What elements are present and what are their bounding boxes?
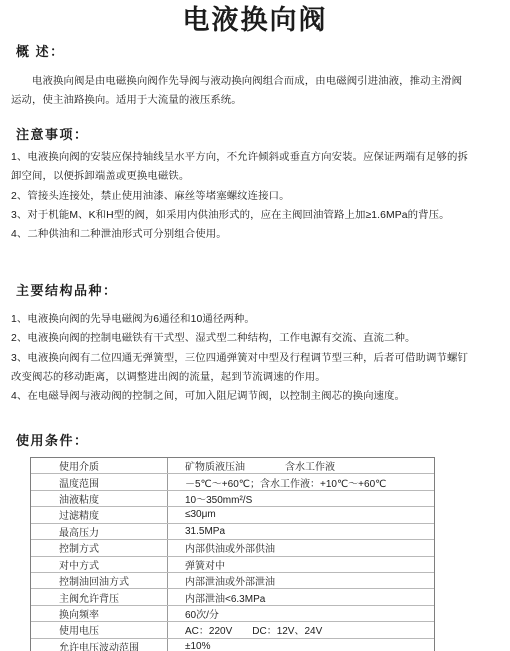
table-row: 温度范围 －5℃～+60℃；含水工作液：+10℃～+60℃ bbox=[31, 474, 434, 490]
table-row: 使用介质 矿物质液压油 含水工作液 bbox=[31, 458, 434, 474]
conditions-table: 使用介质 矿物质液压油 含水工作液 温度范围 －5℃～+60℃；含水工作液：+1… bbox=[30, 457, 435, 651]
row-value: ±10% bbox=[168, 641, 434, 651]
row-label: 换向频率 bbox=[31, 606, 168, 621]
section-heading-overview: 概 述： bbox=[16, 44, 510, 59]
row-value: 60次/分 bbox=[168, 606, 434, 621]
table-row: 过滤精度 ≤30μm bbox=[31, 507, 434, 523]
table-row: 主阀允许背压 内部泄油<6.3MPa bbox=[31, 589, 434, 605]
row-value: AC：220V DC：12V、24V bbox=[168, 622, 434, 637]
table-row: 对中方式 弹簧对中 bbox=[31, 557, 434, 573]
note-line: 4、二种供油和二种泄油形式可分别组合使用。 bbox=[11, 225, 510, 244]
row-label: 控制油回油方式 bbox=[31, 573, 168, 588]
section-heading-varieties: 主要结构品种： bbox=[16, 283, 510, 298]
note-line: 2、管接头连接处，禁止使用油漆、麻丝等堵塞螺纹连接口。 bbox=[11, 187, 510, 206]
varieties-list: 1、电液换向阀的先导电磁阀为6通径和10通径两种。 2、电液换向阀的控制电磁铁有… bbox=[11, 310, 510, 407]
notes-list: 1、电液换向阀的安装应保持轴线呈水平方向，不允许倾斜或垂直方向安装。应保证两端有… bbox=[11, 148, 510, 245]
section-heading-conditions: 使用条件： bbox=[16, 433, 510, 448]
variety-line: 2、电液换向阀的控制电磁铁有干式型、湿式型二种结构，工作电源有交流、直流二种。 bbox=[11, 329, 510, 348]
row-value: ≤30μm bbox=[168, 509, 434, 520]
row-value: 31.5MPa bbox=[168, 526, 434, 537]
note-line: 卸空间，以便拆卸端盖或更换电磁铁。 bbox=[11, 167, 510, 186]
table-row: 最高压力 31.5MPa bbox=[31, 524, 434, 540]
variety-line: 1、电液换向阀的先导电磁阀为6通径和10通径两种。 bbox=[11, 310, 510, 329]
note-line: 1、电液换向阀的安装应保持轴线呈水平方向，不允许倾斜或垂直方向安装。应保证两端有… bbox=[11, 148, 510, 167]
row-value: －5℃～+60℃；含水工作液：+10℃～+60℃ bbox=[168, 475, 434, 490]
paragraph-line: 电液换向阀是由电磁换向阀作先导阀与液动换向阀组合而成，由电磁阀引进油液，推动主滑… bbox=[11, 72, 510, 91]
table-row: 控制方式 内部供油或外部供油 bbox=[31, 540, 434, 556]
section-heading-notes: 注意事项： bbox=[16, 127, 510, 142]
row-value: 弹簧对中 bbox=[168, 557, 434, 572]
variety-line: 改变阀芯的移动距离，以调整进出阀的流量，起到节流调速的作用。 bbox=[11, 368, 510, 387]
table-row: 换向频率 60次/分 bbox=[31, 606, 434, 622]
paragraph-line: 运动，使主油路换向。适用于大流量的液压系统。 bbox=[11, 91, 510, 110]
table-row: 油液粘度 10～350mm²/S bbox=[31, 491, 434, 507]
row-label: 使用电压 bbox=[31, 622, 168, 637]
table-row: 允许电压波动范围 ±10% bbox=[31, 639, 434, 651]
row-label: 允许电压波动范围 bbox=[31, 639, 168, 651]
row-value: 10～350mm²/S bbox=[168, 491, 434, 506]
row-value: 内部泄油<6.3MPa bbox=[168, 590, 434, 605]
document-page: 电液换向阀 概 述： 电液换向阀是由电磁换向阀作先导阀与液动换向阀组合而成，由电… bbox=[0, 0, 510, 651]
row-label: 主阀允许背压 bbox=[31, 589, 168, 604]
row-label: 温度范围 bbox=[31, 474, 168, 489]
variety-line: 3、电液换向阀有二位四通无弹簧型，三位四通弹簧对中型及行程调节型三种，后者可借助… bbox=[11, 349, 510, 368]
row-label: 使用介质 bbox=[31, 458, 168, 473]
row-label: 最高压力 bbox=[31, 524, 168, 539]
row-value: 矿物质液压油 含水工作液 bbox=[168, 458, 434, 473]
row-label: 过滤精度 bbox=[31, 507, 168, 522]
row-label: 对中方式 bbox=[31, 557, 168, 572]
overview-paragraph: 电液换向阀是由电磁换向阀作先导阀与液动换向阀组合而成，由电磁阀引进油液，推动主滑… bbox=[11, 72, 510, 111]
variety-line: 4、在电磁导阀与液动阀的控制之间，可加入阻尼调节阀，以控制主阀芯的换向速度。 bbox=[11, 387, 510, 406]
row-label: 控制方式 bbox=[31, 540, 168, 555]
note-line: 3、对于机能M、K和H型的阀，如采用内供油形式的，应在主阀回油管路上加≥1.6M… bbox=[11, 206, 510, 225]
table-row: 使用电压 AC：220V DC：12V、24V bbox=[31, 622, 434, 638]
page-title: 电液换向阀 bbox=[0, 0, 510, 36]
row-value: 内部泄油或外部泄油 bbox=[168, 573, 434, 588]
row-label: 油液粘度 bbox=[31, 491, 168, 506]
table-row: 控制油回油方式 内部泄油或外部泄油 bbox=[31, 573, 434, 589]
row-value: 内部供油或外部供油 bbox=[168, 540, 434, 555]
